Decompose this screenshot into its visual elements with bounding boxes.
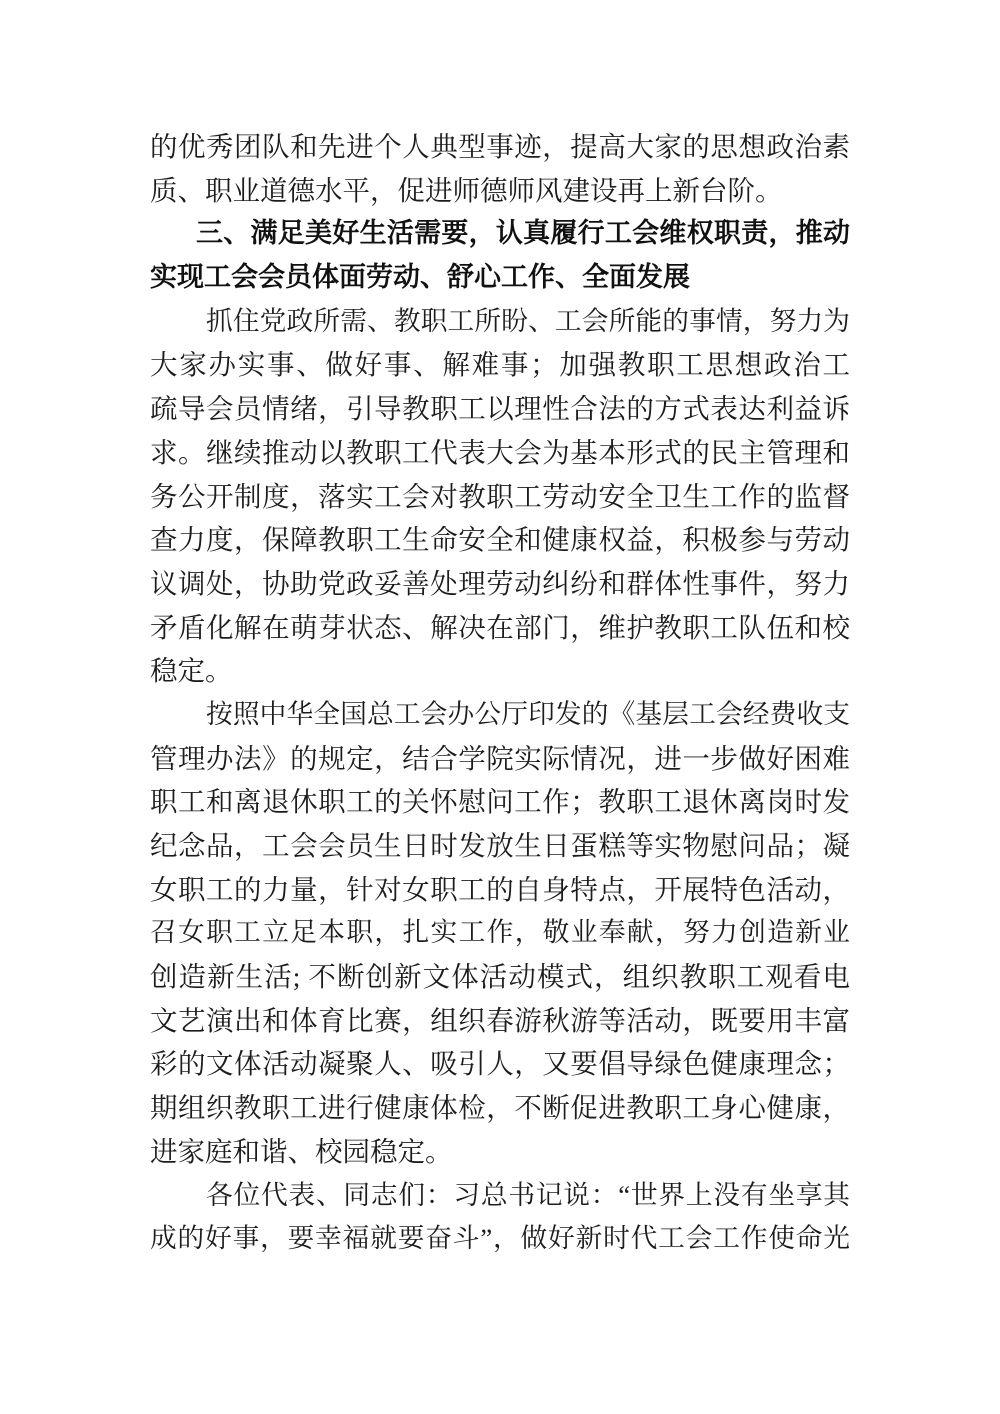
text-line: 职工和离退休职工的关怀慰问工作；教职工退休离岗时发放 bbox=[150, 780, 850, 824]
text-line: 女职工的力量，针对女职工的自身特点，开展特色活动，号 bbox=[150, 868, 850, 912]
text-line: 大家办实事、做好事、解难事；加强教职工思想政治工作， bbox=[150, 343, 850, 387]
text-line: 管理办法》的规定，结合学院实际情况，进一步做好困难教 bbox=[150, 737, 850, 781]
text-line: 文艺演出和体育比赛，组织春游秋游等活动，既要用丰富多 bbox=[150, 999, 850, 1043]
text-line: 成的好事，要幸福就要奋斗”，做好新时代工会工作使命光 bbox=[150, 1217, 850, 1261]
paragraph-welfare-activities: 按照中华全国总工会办公厅印发的《基层工会经费收支管理办法》的规定，结合学院实际情… bbox=[150, 693, 850, 1174]
section-heading-three: 三、满足美好生活需要，认真履行工会维权职责，推动实现工会会员体面劳动、舒心工作、… bbox=[150, 212, 850, 299]
text-line: 矛盾化解在萌芽状态、解决在部门，维护教职工队伍和校园 bbox=[150, 606, 850, 650]
document-body: 的优秀团队和先进个人典型事迹，提高大家的思想政治素质、职业道德水平，促进师德师风… bbox=[150, 125, 850, 1261]
text-line: 三、满足美好生活需要，认真履行工会维权职责，推动 bbox=[150, 212, 850, 256]
text-line: 的优秀团队和先进个人典型事迹，提高大家的思想政治素 bbox=[150, 125, 850, 169]
text-line: 议调处，协助党政妥善处理劳动纠纷和群体性事件，努力把 bbox=[150, 562, 850, 606]
paragraph-rights-protection: 抓住党政所需、教职工所盼、工会所能的事情，努力为大家办实事、做好事、解难事；加强… bbox=[150, 300, 850, 693]
text-line: 进家庭和谐、校园稳定。 bbox=[150, 1130, 850, 1174]
text-line: 创造新生活; 不断创新文体活动模式，组织教职工观看电影、 bbox=[150, 955, 850, 999]
text-line: 实现工会会员体面劳动、舒心工作、全面发展 bbox=[150, 256, 850, 300]
text-line: 按照中华全国总工会办公厅印发的《基层工会经费收支 bbox=[150, 693, 850, 737]
text-line: 务公开制度，落实工会对教职工劳动安全卫生工作的监督检 bbox=[150, 475, 850, 519]
text-line: 疏导会员情绪，引导教职工以理性合法的方式表达利益诉 bbox=[150, 387, 850, 431]
text-line: 召女职工立足本职，扎实工作，敬业奉献，努力创造新业绩， bbox=[150, 911, 850, 955]
text-line: 抓住党政所需、教职工所盼、工会所能的事情，努力为 bbox=[150, 300, 850, 344]
text-line: 彩的文体活动凝聚人、吸引人，又要倡导绿色健康理念；定 bbox=[150, 1042, 850, 1086]
paragraph-closing-quote: 各位代表、同志们：习总书记说：“世界上没有坐享其成的好事，要幸福就要奋斗”，做好… bbox=[150, 1174, 850, 1261]
text-line: 查力度，保障教职工生命安全和健康权益，积极参与劳动争 bbox=[150, 518, 850, 562]
text-line: 纪念品，工会会员生日时发放生日蛋糕等实物慰问品；凝聚 bbox=[150, 824, 850, 868]
paragraph-continuation: 的优秀团队和先进个人典型事迹，提高大家的思想政治素质、职业道德水平，促进师德师风… bbox=[150, 125, 850, 212]
text-line: 质、职业道德水平，促进师德师风建设再上新台阶。 bbox=[150, 169, 850, 213]
document-page: 的优秀团队和先进个人典型事迹，提高大家的思想政治素质、职业道德水平，促进师德师风… bbox=[0, 0, 1000, 1414]
text-line: 稳定。 bbox=[150, 649, 850, 693]
text-line: 期组织教职工进行健康体检，不断促进教职工身心健康，促 bbox=[150, 1086, 850, 1130]
text-line: 各位代表、同志们：习总书记说：“世界上没有坐享其 bbox=[150, 1174, 850, 1218]
text-line: 求。继续推动以教职工代表大会为基本形式的民主管理和院 bbox=[150, 431, 850, 475]
